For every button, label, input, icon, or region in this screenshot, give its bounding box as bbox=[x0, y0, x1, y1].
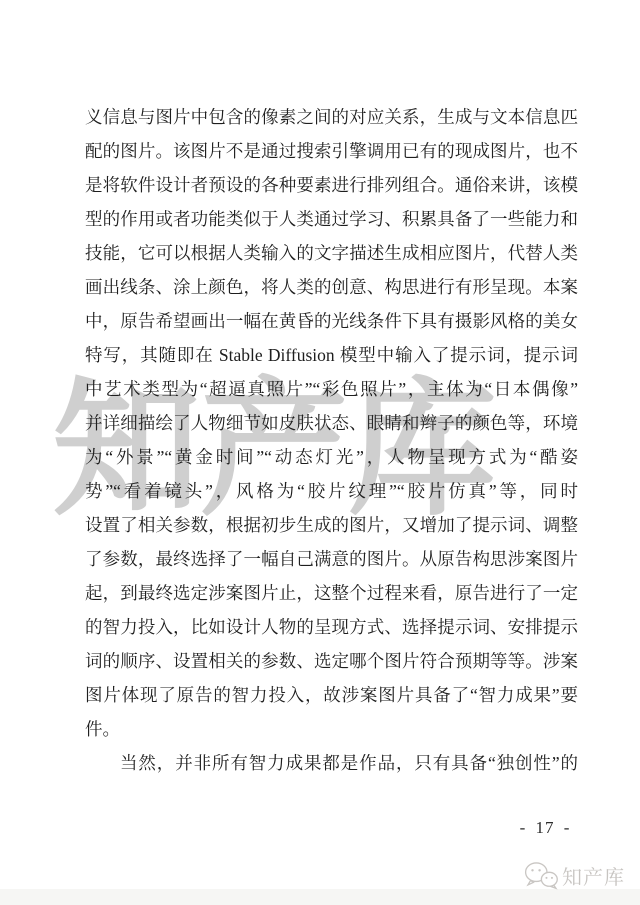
body-line: 词的顺序、设置相关的参数、选定哪个图片符合预期等等。涉案 bbox=[85, 644, 578, 678]
body-text: 义信息与图片中包含的像素之间的对应关系，生成与文本信息匹 配的图片。该图片不是通… bbox=[85, 100, 578, 780]
body-line: 中，原告希望画出一幅在黄昏的光线条件下具有摄影风格的美女 bbox=[85, 304, 578, 338]
body-line: 的智力投入，比如设计人物的呈现方式、选择提示词、安排提示 bbox=[85, 610, 578, 644]
body-line: 是将软件设计者预设的各种要素进行排列组合。通俗来讲，该模 bbox=[85, 168, 578, 202]
document-page: 知产库 义信息与图片中包含的像素之间的对应关系，生成与文本信息匹 配的图片。该图… bbox=[0, 0, 640, 905]
body-line: 技能，它可以根据人类输入的文字描述生成相应图片，代替人类 bbox=[85, 236, 578, 270]
body-line: 中艺术类型为“超逼真照片”“彩色照片”，主体为“日本偶像” bbox=[85, 372, 578, 406]
wechat-bubbles-icon bbox=[524, 861, 558, 890]
body-line: 起，到最终选定涉案图片止，这整个过程来看，原告进行了一定 bbox=[85, 576, 578, 610]
footer-logo-label: 知产库 bbox=[562, 861, 625, 890]
body-line: 配的图片。该图片不是通过搜索引擎调用已有的现成图片，也不 bbox=[85, 134, 578, 168]
body-line: 件。 bbox=[85, 712, 578, 746]
footer-logo: 知产库 bbox=[524, 860, 625, 890]
body-line: 并详细描绘了人物细节如皮肤状态、眼睛和辫子的颜色等，环境 bbox=[85, 406, 578, 440]
body-line: 了参数，最终选择了一幅自己满意的图片。从原告构思涉案图片 bbox=[85, 542, 578, 576]
body-line: 义信息与图片中包含的像素之间的对应关系，生成与文本信息匹 bbox=[85, 100, 578, 134]
page-bottom-edge bbox=[0, 889, 640, 905]
body-line: 当然，并非所有智力成果都是作品，只有具备“独创性”的 bbox=[85, 746, 578, 780]
body-line: 设置了相关参数，根据初步生成的图片，又增加了提示词、调整 bbox=[85, 508, 578, 542]
body-line: 特写，其随即在 Stable Diffusion 模型中输入了提示词，提示词 bbox=[85, 338, 578, 372]
body-line: 势”“看着镜头”，风格为“胶片纹理”“胶片仿真”等，同时 bbox=[85, 474, 578, 508]
body-line: 为“外景”“黄金时间”“动态灯光”，人物呈现方式为“酷姿 bbox=[85, 440, 578, 474]
body-line: 画出线条、涂上颜色，将人类的创意、构思进行有形呈现。本案 bbox=[85, 270, 578, 304]
body-line: 图片体现了原告的智力投入，故涉案图片具备了“智力成果”要 bbox=[85, 678, 578, 712]
body-line: 型的作用或者功能类似于人类通过学习、积累具备了一些能力和 bbox=[85, 202, 578, 236]
page-number: - 17 - bbox=[505, 818, 585, 838]
